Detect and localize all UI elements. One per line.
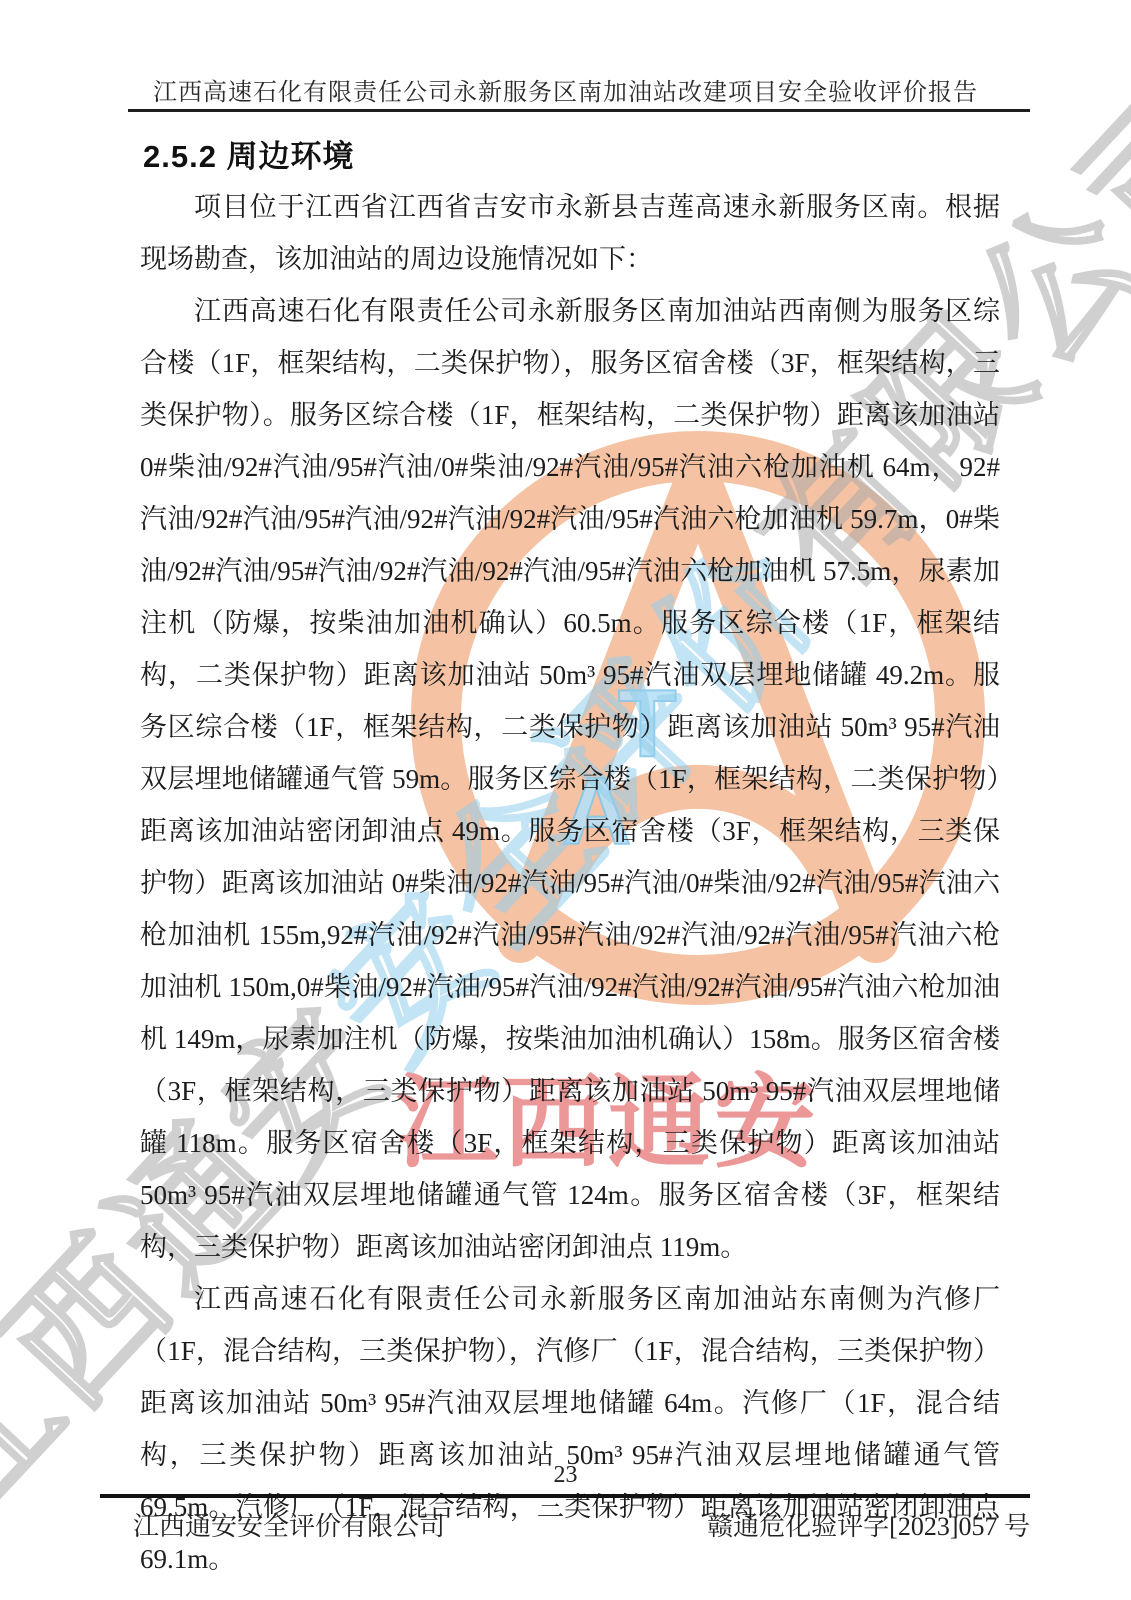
document-page: T A 江西通安 江西通安安全评价有限公司 江西高速石化有限责任公司永新服务区南… [0, 0, 1131, 1600]
section-heading: 2.5.2 周边环境 [143, 131, 355, 176]
page-content: 江西高速石化有限责任公司永新服务区南加油站改建项目安全验收评价报告 2.5.2 … [0, 0, 1131, 1600]
footer: 江西通安安全评价有限公司 赣通危化验评字[2023]057 号 [133, 1506, 1030, 1543]
header-rule [128, 109, 1030, 112]
report-header-title: 江西高速石化有限责任公司永新服务区南加油站改建项目安全验收评价报告 [0, 72, 1131, 107]
footer-document-number: 赣通危化验评字[2023]057 号 [707, 1506, 1030, 1543]
footer-rule [100, 1494, 1030, 1498]
paragraph-southwest-side: 江西高速石化有限责任公司永新服务区南加油站西南侧为服务区综合楼（1F，框架结构，… [140, 285, 1000, 1273]
body-text: 项目位于江西省江西省吉安市永新县吉莲高速永新服务区南。根据现场勘查，该加油站的周… [140, 181, 1000, 1585]
paragraph-intro: 项目位于江西省江西省吉安市永新县吉莲高速永新服务区南。根据现场勘查，该加油站的周… [140, 181, 1000, 285]
page-number: 23 [0, 1462, 1131, 1489]
footer-company-name: 江西通安安全评价有限公司 [133, 1506, 445, 1543]
